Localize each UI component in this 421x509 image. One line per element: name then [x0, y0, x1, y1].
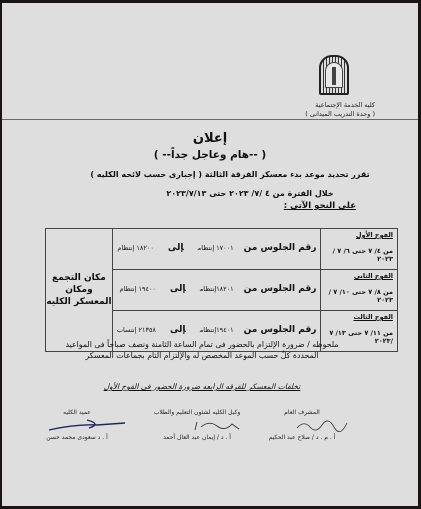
as-follows-label: على النحو الآتى :: [284, 201, 356, 211]
announcement-subtitle: ( --هام وعاجل جداً-- ): [2, 149, 418, 161]
note-text: ملحوظه / ضرورة الإلتزام بالحضور فى تمام …: [52, 340, 352, 361]
signature-role: المشرف العام: [252, 409, 352, 416]
batch-dates: من ٨/ ٧ حتى ١٠/ ٧ / ٢٠٢٣: [325, 288, 393, 304]
seat-label: رقم الجلوس من: [244, 284, 317, 294]
table-row: الفوج الأولمن ٤/ ٧ حتى ٦/ ٧ / ٢٠٢٣ رقم ا…: [46, 229, 398, 270]
decision-text: تقرر تحديد موعد بدء معسكر الفرقة الثالثة…: [22, 170, 421, 179]
college-header: كليه الخدمة الإجتماعية ( وحدة التدريب ال…: [305, 101, 375, 119]
college-name: كليه الخدمة الإجتماعية: [305, 101, 375, 110]
batch-name: الفوج الأول: [325, 231, 393, 239]
signature-name: أ . د / إيمان عبد العال أحمد: [147, 434, 247, 441]
signature-scribble-icon: [292, 418, 352, 432]
schedule-table: الفوج الأولمن ٤/ ٧ حتى ٦/ ٧ / ٢٠٢٣ رقم ا…: [45, 228, 398, 352]
batch-name: الفوج الثانى: [325, 272, 393, 280]
signature-role: وكيل الكليه لشئون التعليم والطلاب: [147, 409, 247, 416]
signature-scribble-icon: [187, 418, 247, 432]
batch-name: الفوج الثالث: [325, 313, 393, 321]
scanned-document-page: كليه الخدمة الإجتماعية ( وحدة التدريب ال…: [2, 3, 418, 506]
signature-role: عميد الكليه: [27, 409, 127, 416]
seat-to: ١٩٤٠٠ إنتظام: [119, 285, 155, 293]
seat-to-label: إلى: [170, 325, 186, 335]
signature-block: وكيل الكليه لشئون التعليم والطلاب أ . د …: [147, 409, 247, 441]
seat-to-label: إلى: [170, 284, 186, 294]
signature-block: عميد الكليه أ . د سعودى محمد حسن: [27, 409, 127, 441]
signature-name: أ . د سعودى محمد حسن: [27, 434, 127, 441]
period-text: خلال الفترة من ٤ /٧/ ٢٠٢٣ حتى ٢٠٢٣/٧/١٣: [42, 189, 421, 198]
header-divider: [2, 119, 418, 120]
announcement-title: إعلان: [2, 131, 418, 146]
seat-label: رقم الجلوس من: [244, 325, 317, 335]
batch-dates: من ٤/ ٧ حتى ٦/ ٧ / ٢٠٢٣: [325, 247, 393, 263]
signature-block: المشرف العام أ . م . د / صلاح عبد الحكيم: [252, 409, 352, 441]
signature-name: أ . م . د / صلاح عبد الحكيم: [252, 434, 352, 441]
university-logo-icon: [319, 55, 349, 95]
signature-scribble-icon: [47, 418, 127, 432]
seat-from: ١٩٤٠١إنتظام: [200, 326, 234, 334]
seat-to-label: إلى: [168, 243, 184, 253]
seat-to: ٢١٣٥٨ إنتساب: [117, 326, 156, 334]
gathering-place: مكان التجمع ومكان المعسكر الكليه: [46, 229, 113, 352]
seat-to: ١٨٢٠٠ إنتظام: [117, 244, 153, 252]
note-underlined: تخلفات المعسكر للفرقه الرابعه ضرورة الحض…: [52, 382, 352, 391]
seat-from: ١٧٠٠١ إنتظام: [198, 244, 234, 252]
seat-label: رقم الجلوس من: [244, 243, 317, 253]
seat-from: ١٨٢٠١إنتظام: [200, 285, 234, 293]
unit-name: ( وحدة التدريب الميدانى ): [305, 110, 375, 119]
